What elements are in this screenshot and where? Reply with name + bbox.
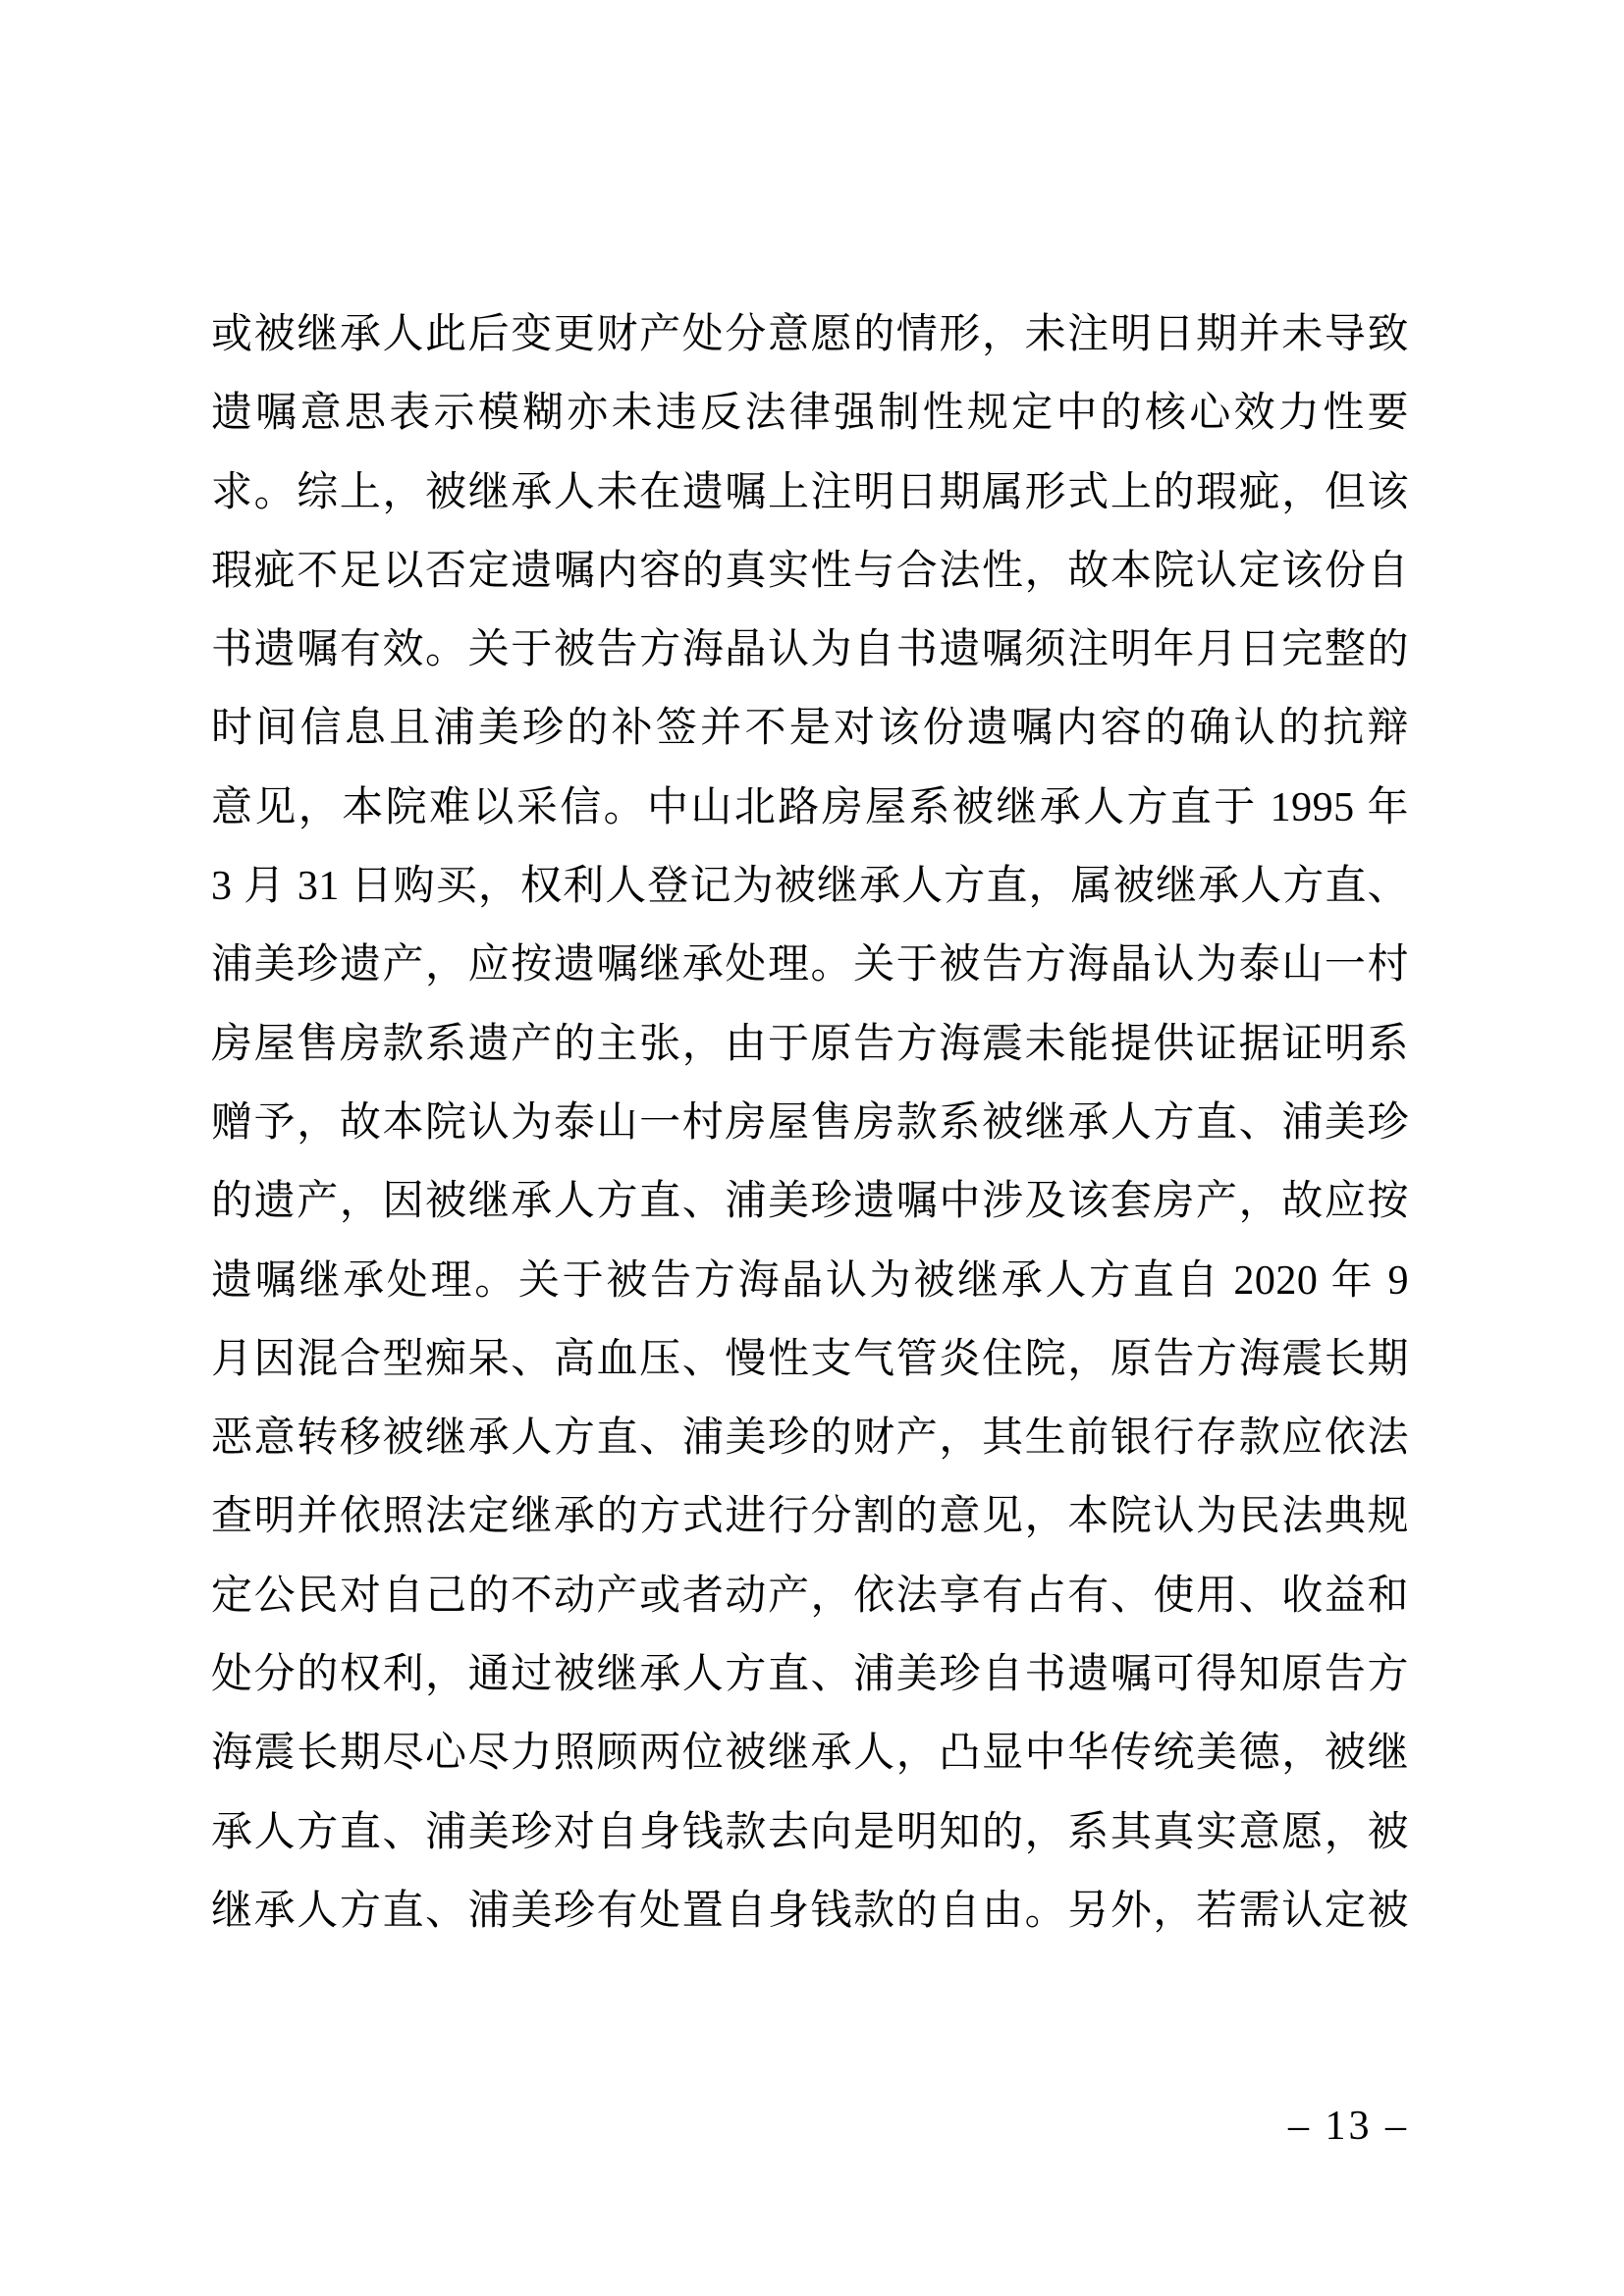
body-text-line: 赠予，故本院认为泰山一村房屋售房款系被继承人方直、浦美珍 bbox=[211, 1084, 1409, 1162]
body-text-line: 3 月 31 日购买，权利人登记为被继承人方直，属被继承人方直、 bbox=[211, 847, 1409, 926]
body-text-line: 浦美珍遗产，应按遗嘱继承处理。关于被告方海晶认为泰山一村 bbox=[211, 926, 1409, 1004]
body-text-line: 继承人方直、浦美珍有处置自身钱款的自由。另外，若需认定被 bbox=[211, 1872, 1409, 1950]
body-text-line: 定公民对自己的不动产或者动产，依法享有占有、使用、收益和 bbox=[211, 1557, 1409, 1635]
body-text-line: 求。综上，被继承人未在遗嘱上注明日期属形式上的瑕疵，但该 bbox=[211, 454, 1409, 532]
page-number: – 13 – bbox=[211, 2097, 1409, 2156]
body-text-line: 海震长期尽心尽力照顾两位被继承人，凸显中华传统美德，被继 bbox=[211, 1714, 1409, 1792]
body-text-line: 时间信息且浦美珍的补签并不是对该份遗嘱内容的确认的抗辩 bbox=[211, 689, 1409, 768]
body-text-line: 房屋售房款系遗产的主张，由于原告方海震未能提供证据证明系 bbox=[211, 1005, 1409, 1084]
body-text-line: 查明并依照法定继承的方式进行分割的意见，本院认为民法典规 bbox=[211, 1477, 1409, 1556]
body-text-line: 恶意转移被继承人方直、浦美珍的财产，其生前银行存款应依法 bbox=[211, 1399, 1409, 1477]
body-text-line: 承人方直、浦美珍对自身钱款去向是明知的，系其真实意愿，被 bbox=[211, 1793, 1409, 1872]
body-text-line: 的遗产，因被继承人方直、浦美珍遗嘱中涉及该套房产，故应按 bbox=[211, 1162, 1409, 1241]
body-text-line: 月因混合型痴呆、高血压、慢性支气管炎住院，原告方海震长期 bbox=[211, 1320, 1409, 1399]
body-text-line: 意见，本院难以采信。中山北路房屋系被继承人方直于 1995 年 bbox=[211, 769, 1409, 847]
body-text-line: 处分的权利，通过被继承人方直、浦美珍自书遗嘱可得知原告方 bbox=[211, 1635, 1409, 1714]
body-text-line: 遗嘱继承处理。关于被告方海晶认为被继承人方直自 2020 年 9 bbox=[211, 1242, 1409, 1320]
body-text-line: 遗嘱意思表示模糊亦未违反法律强制性规定中的核心效力性要 bbox=[211, 374, 1409, 453]
body-text-line: 瑕疵不足以否定遗嘱内容的真实性与合法性，故本院认定该份自 bbox=[211, 532, 1409, 611]
body-text-line: 书遗嘱有效。关于被告方海晶认为自书遗嘱须注明年月日完整的 bbox=[211, 611, 1409, 689]
body-text-line: 或被继承人此后变更财产处分意愿的情形，未注明日期并未导致 bbox=[211, 295, 1409, 374]
body-text-block: 或被继承人此后变更财产处分意愿的情形，未注明日期并未导致 遗嘱意思表示模糊亦未违… bbox=[211, 295, 1409, 1950]
document-page: 或被继承人此后变更财产处分意愿的情形，未注明日期并未导致 遗嘱意思表示模糊亦未违… bbox=[0, 0, 1624, 2296]
